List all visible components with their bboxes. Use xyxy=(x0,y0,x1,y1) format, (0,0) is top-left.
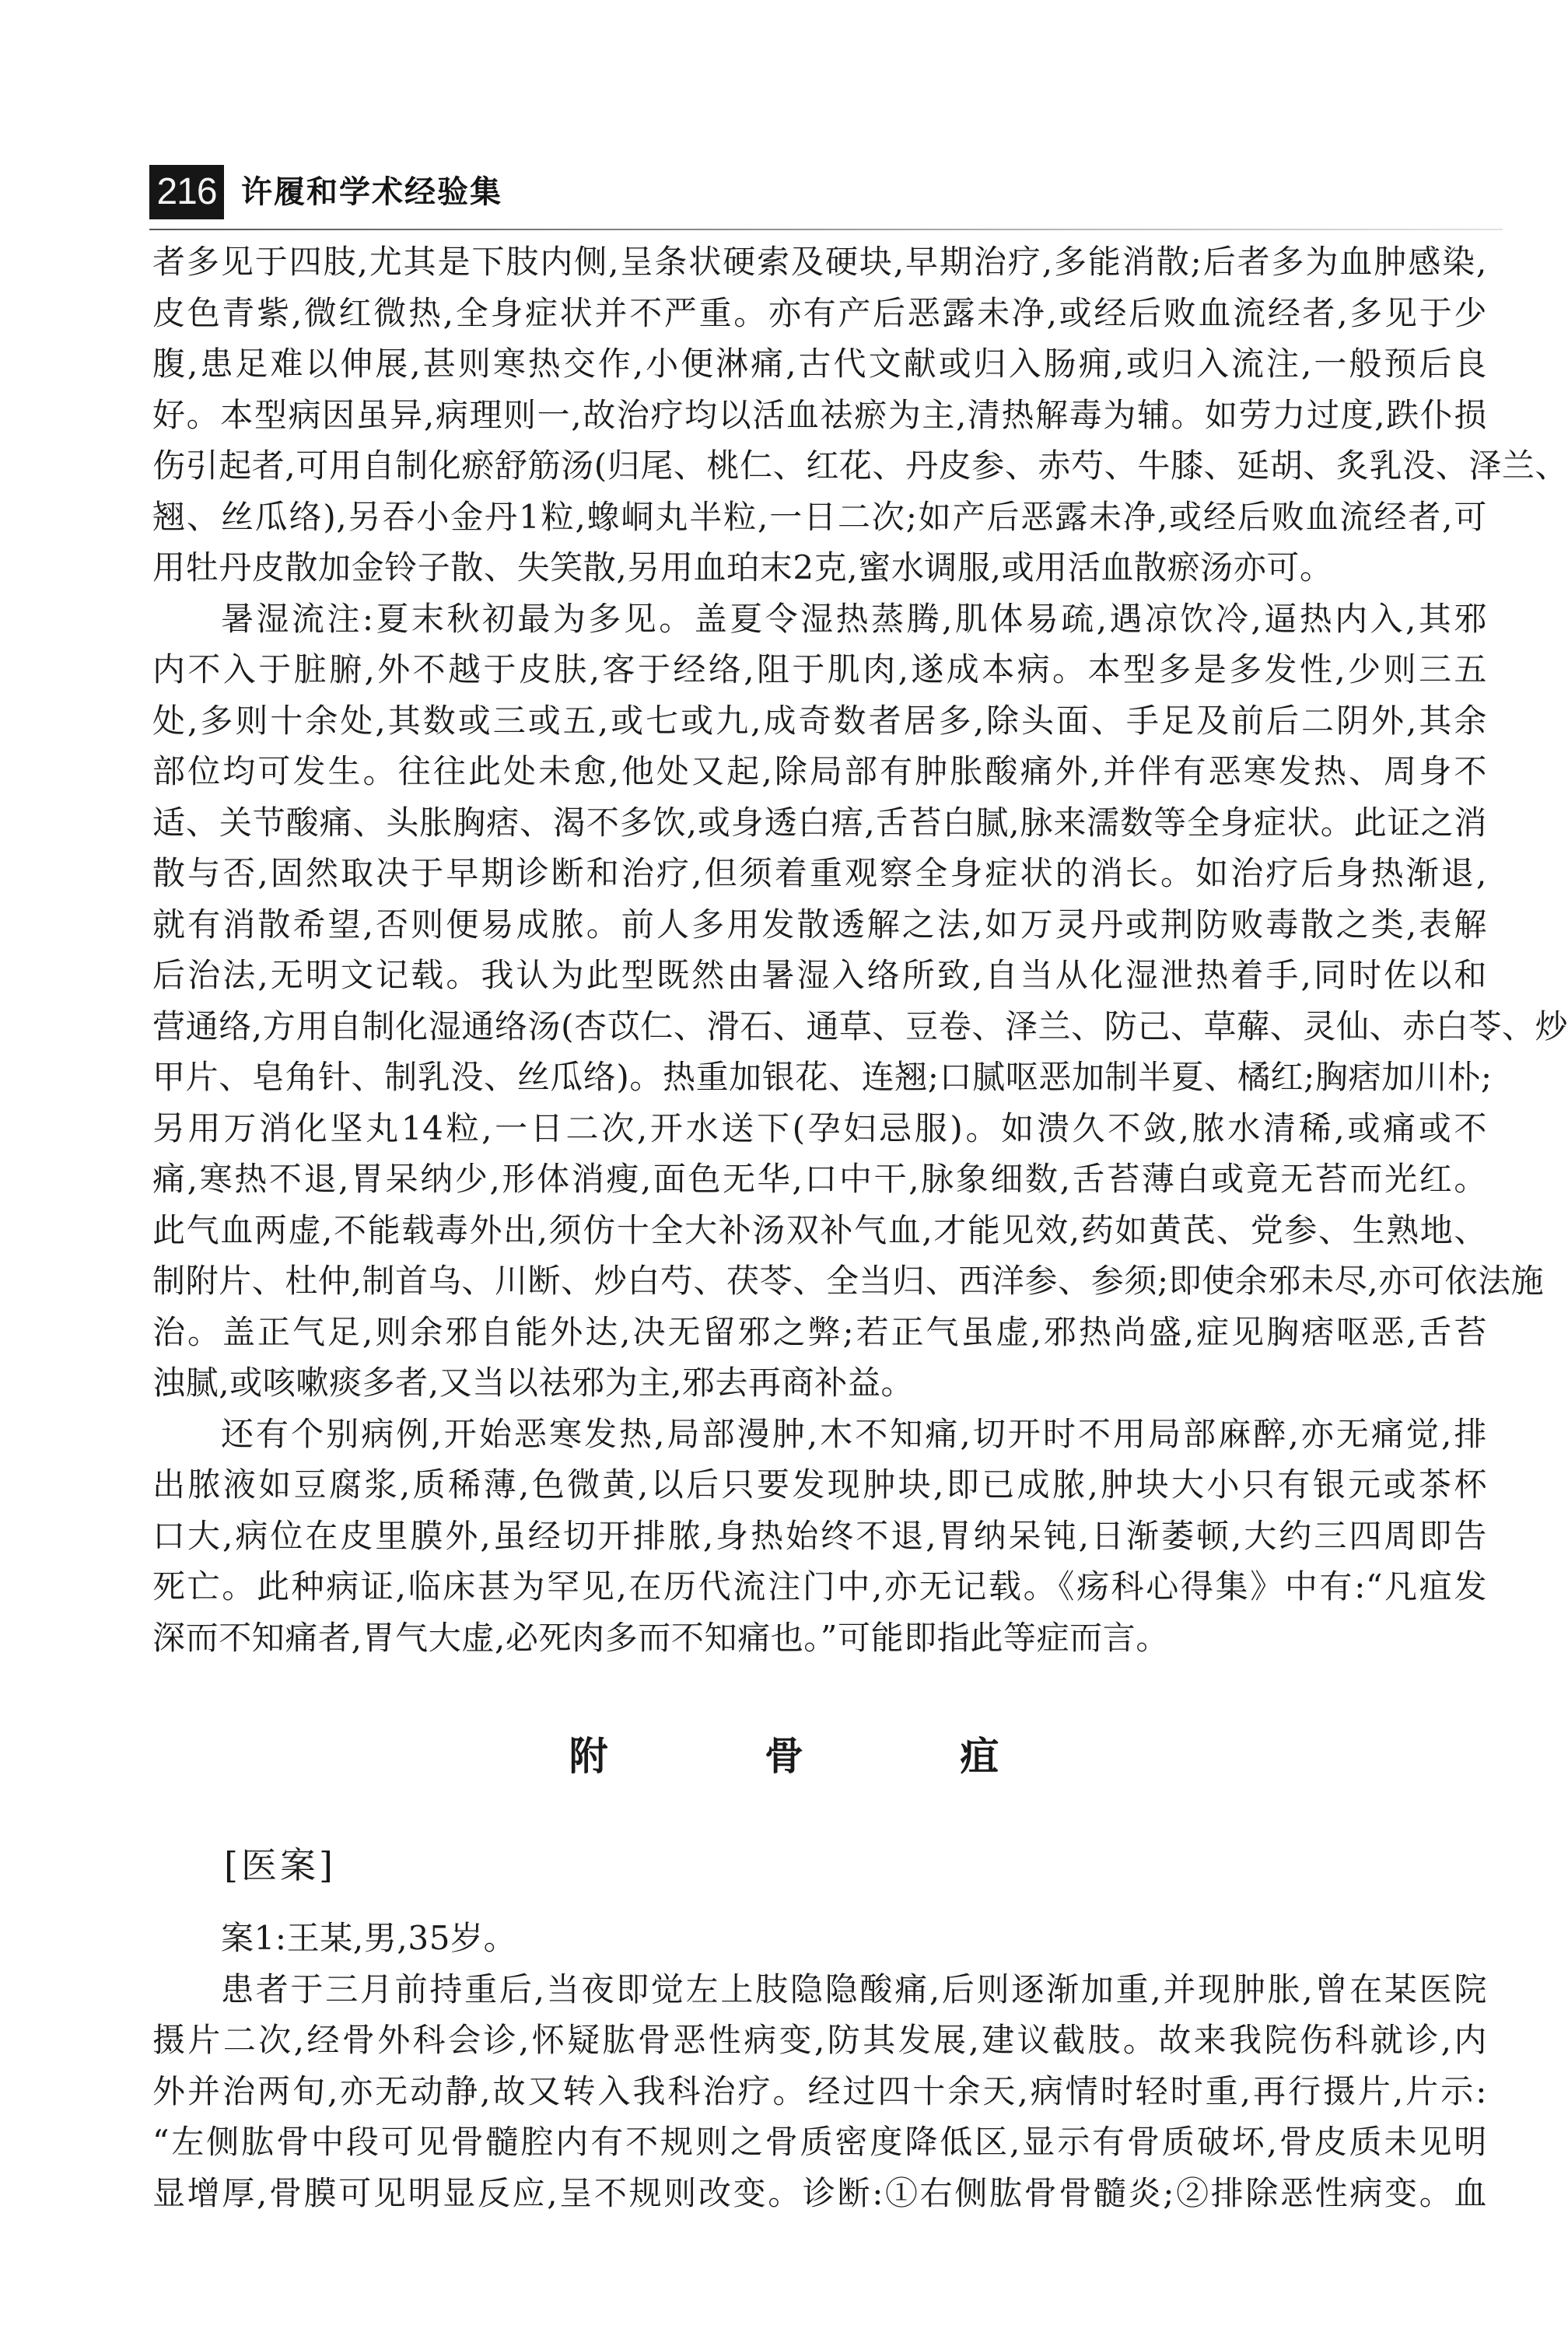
text-line: 适、关节酸痛、头胀胸痞、渴不多饮,或身透白痦,舌苔白腻,脉来濡数等全身症状。此证… xyxy=(152,797,1487,849)
text-line: 甲片、皂角针、制乳没、丝瓜络)。热重加银花、连翘;口腻呕恶加制半夏、橘红;胸痞加… xyxy=(152,1052,1487,1103)
text-line: 此气血两虚,不能载毒外出,须仿十全大补汤双补气血,才能见效,药如黄芪、党参、生熟… xyxy=(152,1205,1487,1256)
body-text-block-1: 者多见于四肢,尤其是下肢内侧,呈条状硬索及硬块,早期治疗,多能消散;后者多为血肿… xyxy=(152,236,1487,1663)
page-number: 216 xyxy=(149,165,224,219)
section-title: 附 骨 疽 xyxy=(0,1728,1568,1784)
text-line: 内不入于脏腑,外不越于皮肤,客于经络,阻于肌肉,遂成本病。本型多是多发性,少则三… xyxy=(152,644,1487,695)
text-line: 好。本型病因虽异,病理则一,故治疗均以活血祛瘀为主,清热解毒为辅。如劳力过度,跌… xyxy=(152,390,1487,441)
paragraph-start: 患者于三月前持重后,当夜即觉左上肢隐隐酸痛,后则逐渐加重,并现肿胀,曾在某医院 xyxy=(152,1964,1487,2015)
case-section-label: [医案] xyxy=(224,1837,336,1893)
text-line: 口大,病位在皮里膜外,虽经切开排脓,身热始终不退,胃纳呆钝,日渐萎顿,大约三四周… xyxy=(152,1511,1487,1562)
text-line: 后治法,无明文记载。我认为此型既然由暑湿入络所致,自当从化湿泄热着手,同时佐以和 xyxy=(152,950,1487,1001)
text-line: 制附片、杜仲,制首乌、川断、炒白芍、茯苓、全当归、西洋参、参须;即使余邪未尽,亦… xyxy=(152,1255,1487,1307)
text-line: “左侧肱骨中段可见骨髓腔内有不规则之骨质密度降低区,显示有骨质破坏,骨皮质未见明 xyxy=(152,2117,1487,2168)
text-line: 深而不知痛者,胃气大虚,必死肉多而不知痛也。”可能即指此等症而言。 xyxy=(152,1612,1487,1664)
text-line: 摄片二次,经骨外科会诊,怀疑肱骨恶性病变,防其发展,建议截肢。故来我院伤科就诊,… xyxy=(152,2015,1487,2066)
text-line: 翘、丝瓜络),另吞小金丹1粒,蟓峒丸半粒,一日二次;如产后恶露未净,或经后败血流… xyxy=(152,492,1487,543)
text-line: 用牡丹皮散加金铃子散、失笑散,另用血珀末2克,蜜水调服,或用活血散瘀汤亦可。 xyxy=(152,542,1487,594)
text-line: 另用万消化坚丸14粒,一日二次,开水送下(孕妇忌服)。如溃久不敛,脓水清稀,或痛… xyxy=(152,1103,1487,1154)
text-line: 营通络,方用自制化湿通络汤(杏苡仁、滑石、通草、豆卷、泽兰、防己、草薢、灵仙、赤… xyxy=(152,1001,1487,1052)
book-title: 许履和学术经验集 xyxy=(241,165,502,219)
text-line: 显增厚,骨膜可见明显反应,呈不规则改变。诊断:①右侧肱骨骨髓炎;②排除恶性病变。… xyxy=(152,2168,1487,2219)
text-line: 处,多则十余处,其数或三或五,或七或九,成奇数者居多,除头面、手足及前后二阴外,… xyxy=(152,695,1487,747)
case-heading: 案1:王某,男,35岁。 xyxy=(152,1913,1487,1964)
text-line: 者多见于四肢,尤其是下肢内侧,呈条状硬索及硬块,早期治疗,多能消散;后者多为血肿… xyxy=(152,236,1487,288)
paragraph-start: 还有个别病例,开始恶寒发热,局部漫肿,木不知痛,切开时不用局部麻醉,亦无痛觉,排 xyxy=(152,1409,1487,1460)
text-line: 死亡。此种病证,临床甚为罕见,在历代流注门中,亦无记载。《疡科心得集》中有:“凡… xyxy=(152,1561,1487,1612)
text-line: 就有消散希望,否则便易成脓。前人多用发散透解之法,如万灵丹或荆防败毒散之类,表解 xyxy=(152,899,1487,951)
text-line: 治。盖正气足,则余邪自能外达,决无留邪之弊;若正气虽虚,邪热尚盛,症见胸痞呕恶,… xyxy=(152,1307,1487,1358)
paragraph-start: 暑湿流注:夏末秋初最为多见。盖夏令湿热蒸腾,肌体易疏,遇凉饮冷,逼热内入,其邪 xyxy=(152,594,1487,645)
header-rule xyxy=(149,229,1503,230)
text-line: 皮色青紫,微红微热,全身症状并不严重。亦有产后恶露未净,或经后败血流经者,多见于… xyxy=(152,288,1487,339)
text-line: 出脓液如豆腐浆,质稀薄,色微黄,以后只要发现肿块,即已成脓,肿块大小只有银元或茶… xyxy=(152,1459,1487,1511)
text-line: 浊腻,或咳嗽痰多者,又当以祛邪为主,邪去再商补益。 xyxy=(152,1357,1487,1409)
text-line: 痛,寒热不退,胃呆纳少,形体消瘦,面色无华,口中干,脉象细数,舌苔薄白或竟无苔而… xyxy=(152,1154,1487,1205)
text-line: 伤引起者,可用自制化瘀舒筋汤(归尾、桃仁、红花、丹皮参、赤芍、牛膝、延胡、炙乳没… xyxy=(152,440,1487,492)
text-line: 部位均可发生。往往此处未愈,他处又起,除局部有肿胀酸痛外,并伴有恶寒发热、周身不 xyxy=(152,746,1487,797)
running-header: 216 许履和学术经验集 xyxy=(149,162,1503,232)
text-line: 散与否,固然取决于早期诊断和治疗,但须着重观察全身症状的消长。如治疗后身热渐退, xyxy=(152,848,1487,899)
body-text-block-2: 案1:王某,男,35岁。 患者于三月前持重后,当夜即觉左上肢隐隐酸痛,后则逐渐加… xyxy=(152,1913,1487,2218)
text-line: 腹,患足难以伸展,甚则寒热交作,小便淋痛,古代文献或归入肠痈,或归入流注,一般预… xyxy=(152,338,1487,390)
text-line: 外并治两旬,亦无动静,故又转入我科治疗。经过四十余天,病情时轻时重,再行摄片,片… xyxy=(152,2066,1487,2117)
